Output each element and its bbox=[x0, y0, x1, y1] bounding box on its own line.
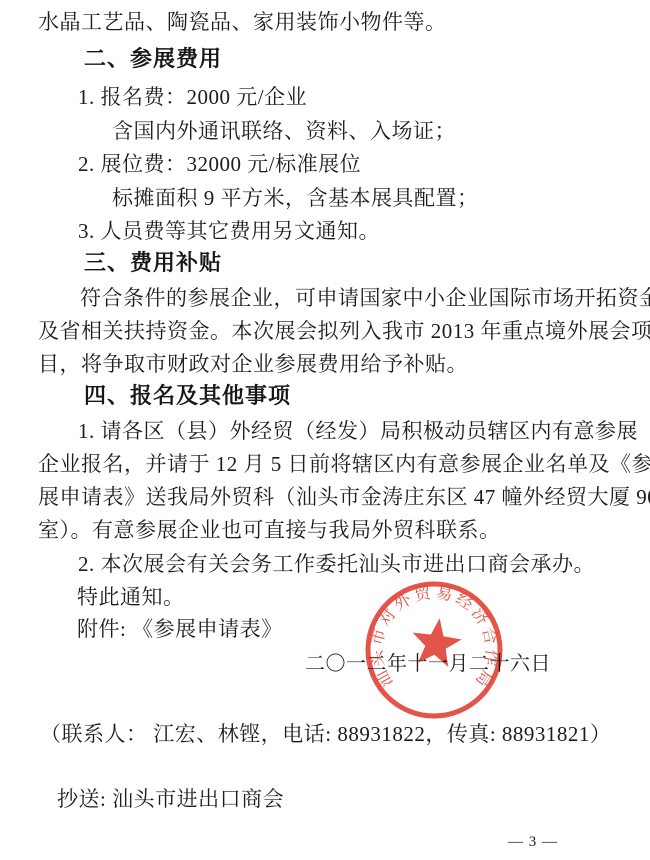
body-line: 1. 请各区（县）外经贸（经发）局积极动员辖区内有意参展 bbox=[78, 419, 638, 444]
seal-ring bbox=[368, 584, 500, 716]
seal-org-text: 汕头市对外贸易经济合作局 bbox=[366, 582, 501, 692]
body-line: 目，将争取市财政对企业参展费用给予补贴。 bbox=[38, 352, 468, 377]
fee-item-1: 1. 报名费：2000 元/企业 bbox=[78, 85, 307, 110]
section-heading-2: 二、参展费用 bbox=[84, 46, 222, 72]
official-seal-stamp: 汕头市对外贸易经济合作局 bbox=[352, 568, 516, 732]
section-heading-3: 三、费用补贴 bbox=[84, 250, 222, 276]
body-line: 水晶工艺品、陶瓷品、家用装饰小物件等。 bbox=[38, 10, 447, 35]
body-line: 符合条件的参展企业，可申请国家中小企业国际市场开拓资金 bbox=[80, 286, 650, 311]
fee-item-2: 2. 展位费：32000 元/标准展位 bbox=[78, 152, 361, 177]
svg-text:汕头市对外贸易经济合作局: 汕头市对外贸易经济合作局 bbox=[366, 582, 501, 692]
page-number: — 3 — bbox=[508, 833, 558, 851]
date-line: 二〇一二年十一月二十六日 bbox=[305, 652, 551, 676]
fee-item-3: 3. 人员费等其它费用另文通知。 bbox=[78, 219, 380, 244]
attachment-line: 附件: 《参展申请表》 bbox=[77, 617, 283, 642]
contact-line: （联系人： 江宏、林铿，电话: 88931822，传真: 88931821） bbox=[40, 722, 611, 747]
body-line: 室）。有意参展企业也可直接与我局外贸科联系。 bbox=[38, 518, 501, 543]
body-line: 及省相关扶持资金。本次展会拟列入我市 2013 年重点境外展会项 bbox=[38, 319, 650, 344]
fee-item-2-note: 标摊面积 9 平方米，含基本展具配置； bbox=[112, 186, 479, 211]
section-heading-4: 四、报名及其他事项 bbox=[84, 383, 291, 409]
cc-line: 抄送: 汕头市进出口商会 bbox=[57, 787, 284, 812]
body-line: 展申请表》送我局外贸科（汕头市金涛庄东区 47 幢外经贸大厦 901 bbox=[38, 485, 650, 510]
fee-item-1-note: 含国内外通讯联络、资料、入场证； bbox=[112, 119, 456, 144]
body-line: 企业报名，并请于 12 月 5 日前将辖区内有意参展企业名单及《参 bbox=[38, 452, 650, 477]
notice-closing-line: 特此通知。 bbox=[77, 585, 185, 610]
document-page: 水晶工艺品、陶瓷品、家用装饰小物件等。 二、参展费用 1. 报名费：2000 元… bbox=[0, 0, 650, 860]
body-line: 2. 本次展会有关会务工作委托汕头市进出口商会承办。 bbox=[78, 552, 595, 577]
